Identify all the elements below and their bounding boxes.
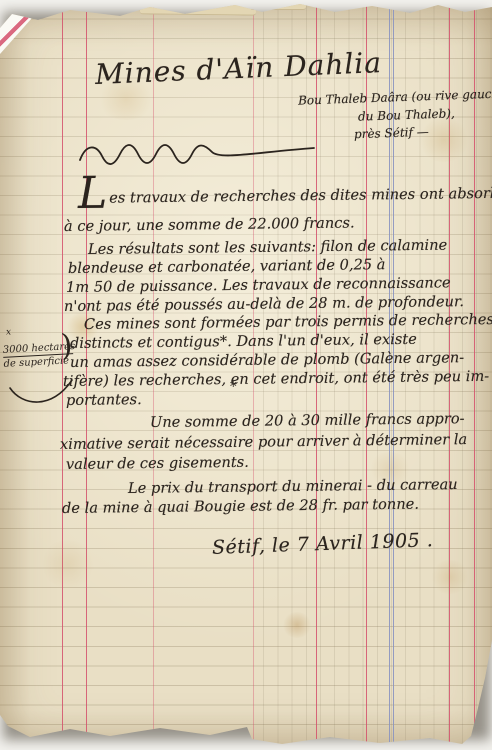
flourish-underline xyxy=(78,136,316,166)
location-line-3: près Sétif — xyxy=(354,125,429,142)
tape-remnant xyxy=(140,0,256,16)
margin-note: x 3000 hectares de superficie ) xyxy=(2,332,74,371)
handwriting-line: valeur de ces gisements. xyxy=(66,454,249,473)
scanned-document: Mines d'Aïn Dahlia Bou Thaleb Daâra (ou … xyxy=(0,0,492,750)
handwriting-line: portantes. xyxy=(66,391,142,409)
footnote-asterisk: * xyxy=(230,380,237,395)
ledger-sheet: Mines d'Aïn Dahlia Bou Thaleb Daâra (ou … xyxy=(0,0,492,750)
tape-remnant xyxy=(250,0,306,10)
handwriting-line: à ce jour, une somme de 22.000 francs. xyxy=(64,214,355,235)
folded-corner xyxy=(0,0,48,54)
stain xyxy=(40,540,96,588)
margin-note-mark: x xyxy=(6,327,12,337)
tape-remnant xyxy=(88,0,118,11)
